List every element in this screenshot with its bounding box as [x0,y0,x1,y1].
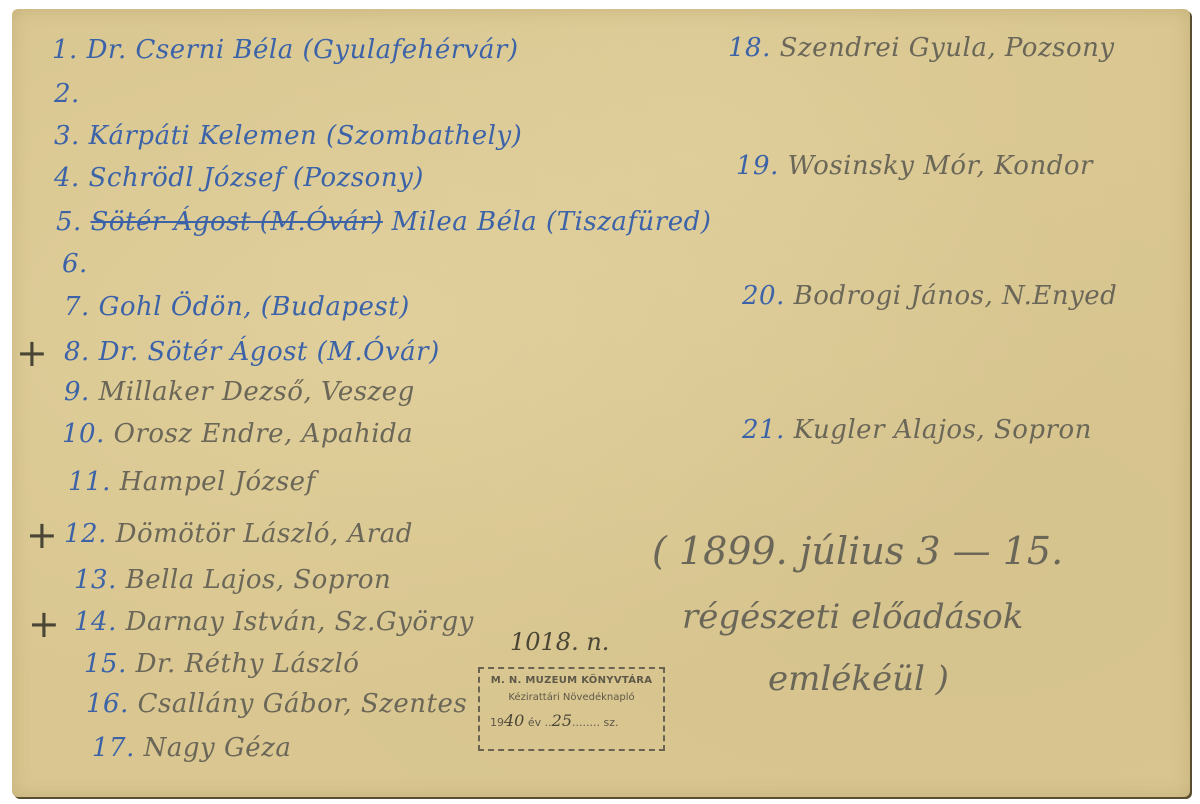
entry-10: 10. Orosz Endre, Apahida [62,419,413,449]
entry-8: 8. Dr. Sötér Ágost (M.Óvár) [64,337,440,367]
stamp-year-prefix: 19 [490,716,504,729]
entry-number: 12. [64,519,107,549]
entry-number: 5. [56,207,82,237]
library-stamp: M. N. MUZEUM KÖNYVTÁRA Kézirattári Növed… [478,667,665,751]
stamp-institution: M. N. MUZEUM KÖNYVTÁRA [480,675,663,686]
entry-number: 11. [68,467,111,497]
entry-number: 4. [54,163,80,193]
document-card: 1. Dr. Cserni Béla (Gyulafehérvár) 2. 3.… [12,9,1190,797]
entry-12: 12. Dömötör László, Arad [64,519,413,549]
entry-9: 9. Millaker Dezső, Veszeg [64,377,415,407]
entry-2: 2. [54,79,80,109]
entry-19: 19. Wosinsky Mór, Kondor [736,151,1093,181]
note-line-2: régészeti előadások [682,597,1023,637]
entry-15: 15. Dr. Réthy László [84,649,359,679]
entry-6: 6. [62,249,88,279]
entry-text: Nagy Géza [144,733,292,763]
entry-16: 16. Csallány Gábor, Szentes [86,689,467,719]
entry-text: Orosz Endre, Apahida [114,419,414,449]
entry-number: 13. [74,565,117,595]
entry-number: 18. [728,33,771,63]
cross-mark-14: + [28,605,60,643]
entry-text: Dr. Cserni Béla (Gyulafehérvár) [87,35,519,65]
entry-text: Milea Béla (Tiszafüred) [392,207,712,237]
entry-text: Dr. Réthy László [136,649,360,679]
entry-11: 11. Hampel József [68,467,316,497]
entry-3: 3. Kárpáti Kelemen (Szombathely) [54,121,522,151]
entry-text-struck: Sötér Ágost (M.Óvár) [91,207,383,237]
entry-20: 20. Bodrogi János, N.Enyed [742,281,1117,311]
entry-text: Schrödl József (Pozsony) [89,163,424,193]
entry-number: 1. [52,35,78,65]
entry-text: Wosinsky Mór, Kondor [788,151,1093,181]
stamp-year-suffix: év [528,716,541,729]
entry-number: 10. [62,419,105,449]
entry-number: 17. [92,733,135,763]
entry-number: 20. [742,281,785,311]
entry-text: Dömötör László, Arad [116,519,413,549]
entry-4: 4. Schrödl József (Pozsony) [54,163,424,193]
entry-text: Szendrei Gyula, Pozsony [780,33,1115,63]
entry-number: 14. [74,607,117,637]
entry-number: 2. [54,79,80,109]
entry-number: 16. [86,689,129,719]
entry-1: 1. Dr. Cserni Béla (Gyulafehérvár) [52,35,518,65]
stamp-accession: 1940 év ..25........ sz. [480,711,663,730]
entry-number: 8. [64,337,90,367]
entry-17: 17. Nagy Géza [92,733,291,763]
entry-text: Csallány Gábor, Szentes [138,689,468,719]
entry-5: 5. Sötér Ágost (M.Óvár) Milea Béla (Tisz… [56,207,711,237]
entry-number: 9. [64,377,90,407]
entry-number: 7. [64,292,90,322]
entry-text: Bella Lajos, Sopron [126,565,392,595]
entry-number: 6. [62,249,88,279]
stamp-department: Kézirattári Növedéknapló [480,692,663,703]
entry-21: 21. Kugler Alajos, Sopron [742,415,1092,445]
cross-mark-8: + [16,334,48,372]
entry-text: Bodrogi János, N.Enyed [794,281,1118,311]
entry-number: 21. [742,415,785,445]
note-line-3: emlékéül ) [768,659,949,699]
entry-7: 7. Gohl Ödön, (Budapest) [64,292,410,322]
stamp-number-handwritten: 25 [552,711,572,730]
entry-text: Dr. Sötér Ágost (M.Óvár) [99,337,440,367]
cross-mark-12: + [26,516,58,554]
entry-number: 15. [84,649,127,679]
entry-text: Kárpáti Kelemen (Szombathely) [89,121,523,151]
entry-text: Millaker Dezső, Veszeg [99,377,415,407]
entry-18: 18. Szendrei Gyula, Pozsony [728,33,1115,63]
entry-number: 3. [54,121,80,151]
entry-13: 13. Bella Lajos, Sopron [74,565,391,595]
entry-number: 19. [736,151,779,181]
entry-14: 14. Darnay István, Sz.György [74,607,474,637]
note-line-1: ( 1899. július 3 — 15. [652,529,1063,573]
entry-text: Kugler Alajos, Sopron [794,415,1092,445]
stamp-year-handwritten: 40 [504,711,524,730]
entry-text: Hampel József [120,467,316,497]
shelfmark: 1018. n. [510,628,609,656]
stamp-number-suffix: sz. [603,716,618,729]
entry-text: Darnay István, Sz.György [126,607,474,637]
entry-text: Gohl Ödön, (Budapest) [99,292,410,322]
